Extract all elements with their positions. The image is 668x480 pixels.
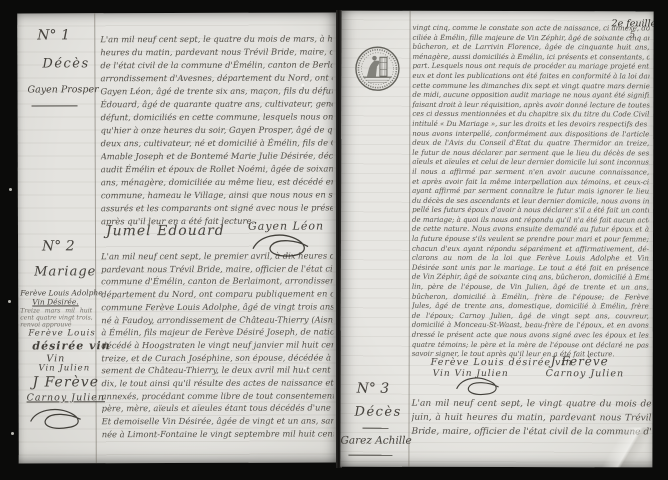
manuscript-line: commune d'Émélin, canton de Berlaimont, … — [101, 275, 333, 289]
manuscript-line: la future épouse s'ils veulent se prendr… — [412, 235, 649, 245]
act2-margin-name-bride: Vin Désirée. — [32, 297, 78, 306]
manuscript-line: quatre témoins; le père et la mère de l'… — [412, 340, 649, 350]
manuscript-line: juin, à huit heures du matin, pardevant … — [412, 411, 652, 426]
act1-margin-number: N° 1 — [37, 27, 70, 43]
act2-signatures-row2-right: Carnoy Julien — [546, 368, 624, 379]
left-page: N° 1 Décès Gayen Prosper L'an mil neuf c… — [17, 12, 338, 463]
manuscript-line: de l'état civil de la commune d'Émélin, … — [100, 58, 332, 72]
act2-margin-number: N° 2 — [42, 238, 75, 254]
manuscript-line: heures du matin, pardevant nous Trévil B… — [100, 45, 332, 59]
act2-body-text: L'an mil neuf cent sept, le premier avri… — [101, 249, 334, 440]
manuscript-line: eux et dont les publications ont été fai… — [412, 72, 649, 82]
manuscript-line: le futur de nous déclarer par serment qu… — [412, 148, 649, 158]
manuscript-line: Gayen Léon, âgé de trente six ans, maçon… — [100, 84, 332, 98]
manuscript-line: assurés et les comparants ont signé avec… — [101, 201, 333, 215]
manuscript-line: de mariage; à quoi ils nous ont répondu … — [412, 216, 649, 226]
manuscript-line: faisant droit à leur réquisition, après … — [412, 101, 649, 111]
paper-speck — [303, 367, 306, 370]
manuscript-line: aïeuls et aïeules et celui de leur derni… — [412, 158, 649, 168]
manuscript-line: à Émélin, fils majeur de Ferève Désiré J… — [101, 326, 333, 340]
manuscript-line: deux ans, cultivateur, né et domicilié à… — [101, 136, 333, 150]
manuscript-line: commune Ferève Louis Adolphe, âgé de vin… — [101, 300, 333, 314]
manuscript-line: du décès de ses ascendants et leur derni… — [412, 196, 649, 206]
official-round-seal-icon — [353, 45, 401, 93]
manuscript-line: part. Lesquels nous ont requis de procéd… — [412, 62, 649, 72]
manuscript-line: L'an mil neuf cent sept, le quatre du mo… — [100, 32, 332, 46]
manuscript-line: pardevant nous Trévil Bride, maire, offi… — [101, 262, 333, 276]
manuscript-line: L'an mil neuf cent sept, le vingt quatre… — [412, 397, 652, 412]
manuscript-line: de midi, aucune opposition audit mariage… — [412, 91, 649, 101]
manuscript-line: Désirée sont unis par le mariage. Le tou… — [412, 264, 649, 274]
manuscript-line: Amable Joseph et de Bontemé Marie Julie … — [101, 149, 333, 163]
mayor-paraphe-flourish-icon — [453, 375, 505, 397]
act3-margin-type: Décès — [355, 405, 402, 420]
act3-margin-dash — [363, 428, 389, 429]
act2-margin-name-groom: Ferève Louis Adolphe — [20, 288, 103, 297]
act3-margin-underline — [348, 455, 392, 456]
manuscript-line: nous avons interpellé, conformément aux … — [412, 129, 649, 139]
manuscript-line: Et demoiselle Vin Désirée, âgée de vingt… — [102, 415, 334, 429]
manuscript-line: treize, et de Curach Joséphine, son épou… — [101, 351, 333, 365]
manuscript-line: arrondissement d'Avesnes, département du… — [100, 71, 332, 85]
scan-dust-speck — [11, 432, 14, 435]
manuscript-line: département du Nord, ont comparu publiqu… — [101, 288, 333, 302]
manuscript-line: né à Faudoy, arrondissement de Château-T… — [101, 313, 333, 327]
manuscript-line: bûcheron, et de Larrivin Florence, âgée … — [412, 43, 649, 53]
manuscript-line: sement de Château-Thierry, le deux avril… — [101, 364, 333, 378]
manuscript-line: commune, hameau le Village, ainsi que no… — [101, 188, 333, 202]
manuscript-line: ménagère, aussi domiciliés à Émélin, ici… — [412, 53, 649, 63]
right-page: 2e feuillet. 5 vingt cinq, comme le cons… — [340, 11, 653, 468]
act2-margin-signature-vin-julien: Vin Julien — [38, 363, 90, 373]
manuscript-line: qu'hier à onze heures du soir, Gayen Pro… — [101, 123, 333, 137]
manuscript-line: pellé les futurs époux d'avoir à nous dé… — [412, 206, 649, 216]
scan-dust-speck — [8, 300, 11, 303]
manuscript-line: domicilié à Monceau-St-Waast, beau-frère… — [412, 321, 649, 331]
manuscript-line: ciliée à Émélin, fille majeure de Vin Zé… — [413, 33, 650, 43]
manuscript-line: et après avoir fait la même interpellati… — [412, 177, 649, 187]
manuscript-line: cette commune les dimanches dix sept et … — [412, 81, 649, 91]
manuscript-line: dressé le présent acte que nous avons si… — [412, 331, 649, 341]
manuscript-line: Jules, âgé de trente ans, domestique, do… — [412, 302, 649, 312]
act1-signature-jumel: Jumel Edouard — [106, 223, 225, 239]
manuscript-line: de cette nature. Nous avons ensuite dema… — [412, 225, 649, 235]
manuscript-line: L'an mil neuf cent sept, le premier avri… — [101, 249, 333, 263]
page-corner-crease — [582, 427, 652, 467]
act2-margin-note: Treize mars mil huitcent quatre vingt tr… — [20, 307, 92, 329]
act2-margin-signature-groom: Ferève Louis — [28, 328, 95, 338]
act1-margin-name: Gayen Prosper — [27, 84, 98, 95]
act2-margin-signature-carnoy: Carnoy Julien — [27, 392, 105, 403]
act1-margin-underline — [32, 105, 78, 106]
manuscript-line: décédé à Hoogstraten le vingt neuf janvi… — [101, 338, 333, 352]
act2-signatures-row1-right: J Ferève — [551, 354, 609, 368]
manuscript-line: annexés, procédant comme libre de tout c… — [102, 389, 334, 403]
manuscript-line: vingt cinq, comme le constate son acte d… — [413, 24, 650, 34]
manuscript-line: audit Émélin et époux de Rollet Noémi, â… — [101, 162, 333, 176]
act3-margin-name: Garez Achille — [340, 435, 411, 447]
manuscript-line: ayant affirmé par serment connaître le f… — [412, 187, 649, 197]
act2-margin-signature-bride: désirée vin — [32, 339, 110, 352]
manuscript-line: lin, père de l'épouse, de Vin Julien, âg… — [412, 283, 649, 293]
manuscript-line: clarons au nom de la loi que Ferève Loui… — [412, 254, 649, 264]
manuscript-line: ces ci dessus mentionnées et du chapitre… — [412, 110, 649, 120]
act1-margin-type: Décès — [42, 56, 89, 71]
act3-margin-number: N° 3 — [357, 381, 390, 397]
manuscript-line: née à Limont-Fontaine le vingt septembre… — [102, 427, 334, 441]
mayor-paraphe-flourish-icon — [27, 405, 89, 431]
act1-body-text: L'an mil neuf cent sept, le quatre du mo… — [100, 32, 333, 228]
register-scan-background: N° 1 Décès Gayen Prosper L'an mil neuf c… — [0, 0, 668, 480]
marriage-act-continuation-text: vingt cinq, comme le constate son acte d… — [412, 24, 650, 360]
manuscript-line: deux de l'Avis du Conseil d'État du quat… — [412, 139, 649, 149]
manuscript-line: intitulé « Du Mariage », sur les droits … — [412, 120, 649, 130]
manuscript-line: ans, ménagère, domiciliée au même lieu, … — [101, 175, 333, 189]
manuscript-line: dix, le tout ainsi qu'il résulte des act… — [101, 376, 333, 390]
act2-margin-type: Mariage — [34, 264, 96, 279]
manuscript-line: il nous a affirmé par serment n'en avoir… — [412, 168, 649, 178]
scan-dust-speck — [9, 188, 12, 191]
right-page-margin-rule — [408, 11, 410, 467]
manuscript-line: Édouard, âgé de quarante quatre ans, cul… — [101, 97, 333, 111]
manuscript-line: de l'époux; Carnoy Julien, âgé de vingt … — [412, 312, 649, 322]
manuscript-line: de Vin Zéphir, âgé de soixante cinq ans,… — [412, 273, 649, 283]
paper-speck — [301, 84, 304, 87]
manuscript-line: défunt, domiciliés en cette commune, les… — [101, 110, 333, 124]
manuscript-line: bûcheron, domicilié à Émélin, frère de l… — [412, 292, 649, 302]
act2-margin-signature-ferve-j: J Ferève — [32, 374, 99, 390]
manuscript-line: chacun d'eux ayant répondu séparément et… — [412, 244, 649, 254]
manuscript-line: père, mère, aïeuls et aïeules étant tous… — [102, 402, 334, 416]
